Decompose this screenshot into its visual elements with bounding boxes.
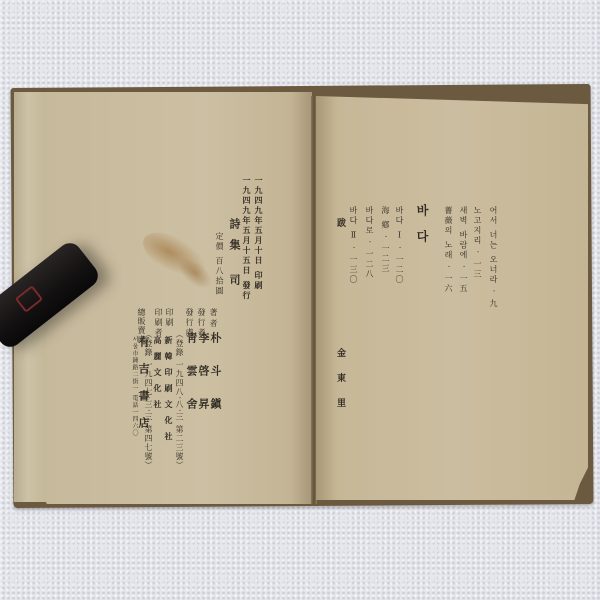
- section-entry-1: 바다 Ⅰ · 一二〇: [394, 206, 405, 285]
- credit-role-author: 著者: [208, 308, 219, 330]
- section-entry-2: 海 鄕 · 一二三: [380, 206, 391, 274]
- toc-entry-1: 어서 너는 오너라 · 九: [488, 206, 499, 309]
- toc-entry-4: 薔薇의 노래 · 一六: [443, 206, 454, 294]
- right-page: [316, 96, 588, 500]
- credit-name-printer: 高麗文化社: [153, 336, 164, 416]
- publisher-registration: （登錄 一九四八·八·三 第二三號）: [174, 330, 185, 470]
- credit-name-publishing-house: 靑雲舍: [183, 332, 199, 431]
- credit-role-printing: 印刷: [164, 308, 175, 328]
- credit-name-printing: 新韓印刷文化社: [164, 336, 175, 448]
- print-date: 一九四九年五月十日 印刷: [254, 176, 265, 291]
- afterword-label: 跋: [334, 218, 347, 229]
- section-entry-3: 바다로 · 一二八: [364, 206, 375, 280]
- section-title: 바다: [414, 204, 431, 256]
- book-title: 詩集 司: [226, 218, 242, 295]
- distributor-address: 서울市鍾路二街一 電話一四六〇: [130, 336, 139, 437]
- afterword-author: 金東里: [334, 348, 347, 423]
- price: 定價 百八拾圓: [214, 232, 225, 297]
- credit-role-printer: 印刷者: [153, 308, 164, 338]
- toc-entry-2: 노고지리 · 一三: [472, 206, 483, 280]
- section-entry-4: 바다 Ⅱ · 一三〇: [348, 206, 359, 285]
- publish-date: 一九四九年五月十五日 發行: [242, 176, 253, 301]
- toc-entry-3: 새벽 바람에 · 一五: [458, 206, 469, 294]
